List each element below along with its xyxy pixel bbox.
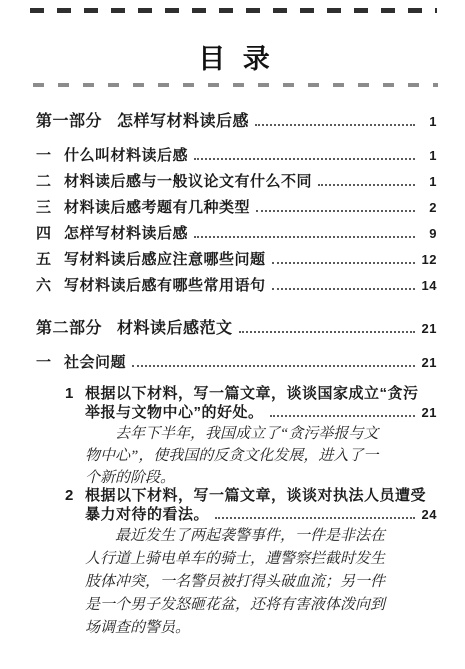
toc-entry-row: 五 写材料读后感应注意哪些问题 12 (36, 248, 437, 274)
page-number: 24 (419, 505, 437, 524)
section-label: 材料读后感范文 (117, 315, 233, 338)
entry-number: 一 (36, 144, 64, 165)
title-dashed-divider (33, 83, 438, 87)
toc-entry-row: 三 材料读后感考题有几种类型 2 (36, 196, 437, 222)
toc-entry-row: 四 怎样写材料读后感 9 (36, 222, 437, 248)
page-number: 21 (419, 321, 437, 336)
page-number: 1 (419, 148, 437, 163)
top-dashed-divider (30, 8, 437, 13)
entry-number: 六 (36, 274, 64, 295)
excerpt-line: 人行道上骑电单车的骑士，遭警察拦截时发生 (85, 548, 437, 571)
excerpt-line: 物中心”，使我国的反贪文化发展，进入了一 (85, 445, 437, 467)
section-label: 怎样写材料读后感 (117, 108, 249, 131)
dot-leader (194, 236, 415, 238)
toc-section-row: 第一部分 怎样写材料读后感 1 (36, 108, 437, 138)
toc-section-row: 第二部分 材料读后感范文 21 (36, 315, 437, 345)
dot-leader (272, 288, 415, 290)
dot-leader (194, 158, 415, 160)
excerpt-paragraph: 最近发生了两起袭警事件，一件是非法在 人行道上骑电单车的骑士，遭警察拦截时发生 … (85, 525, 437, 640)
toc-page: 目 录 第一部分 怎样写材料读后感 1 一 什么叫材料读后感 1 二 材料读后感… (0, 0, 465, 669)
dot-leader (255, 124, 415, 126)
subitem-title-text: 暴力对待的看法。 (85, 505, 209, 524)
excerpt-line: 去年下半年，我国成立了“贪污举报与文 (85, 423, 437, 445)
excerpt-line: 是一个男子发怒砸花盆，还将有害液体泼向到 (85, 594, 437, 617)
toc-subitem: 1 根据以下材料，写一篇文章，谈谈国家成立“贪污 举报与文物中心”的好处。 21… (65, 384, 437, 489)
entry-number: 五 (36, 248, 64, 269)
dot-leader (256, 210, 415, 212)
entry-label: 写材料读后感应注意哪些问题 (64, 248, 266, 269)
subitem-number: 1 (65, 384, 85, 403)
toc-entry-row: 六 写材料读后感有哪些常用语句 14 (36, 274, 437, 300)
entry-label: 写材料读后感有哪些常用语句 (64, 274, 266, 295)
subitem-title-line2: 暴力对待的看法。 24 (65, 505, 437, 524)
dot-leader (215, 517, 415, 519)
subitem-number: 2 (65, 486, 85, 505)
dot-leader (272, 262, 415, 264)
page-title: 目 录 (36, 44, 437, 74)
page-number: 2 (419, 200, 437, 215)
excerpt-line: 场调查的警员。 (85, 617, 437, 640)
subitem-title-text: 举报与文物中心”的好处。 (85, 403, 264, 422)
page-number: 21 (419, 403, 437, 422)
entry-label: 怎样写材料读后感 (64, 222, 188, 243)
subitem-title-text: 根据以下材料，写一篇文章，谈谈对执法人员遭受 (85, 486, 426, 505)
entry-number: 二 (36, 170, 64, 191)
toc-entry-row: 一 什么叫材料读后感 1 (36, 144, 437, 170)
toc-entry-row: 二 材料读后感与一般议论文有什么不同 1 (36, 170, 437, 196)
toc-list: 第一部分 怎样写材料读后感 1 一 什么叫材料读后感 1 二 材料读后感与一般议… (36, 108, 437, 640)
entry-number: 四 (36, 222, 64, 243)
toc-entry-row: 一 社会问题 21 (36, 351, 437, 377)
page-number: 12 (419, 252, 437, 267)
subitem-title-line2: 举报与文物中心”的好处。 21 (65, 403, 437, 422)
subitem-title-line1: 1 根据以下材料，写一篇文章，谈谈国家成立“贪污 (65, 384, 437, 403)
toc-subitem: 2 根据以下材料，写一篇文章，谈谈对执法人员遭受 暴力对待的看法。 24 最近发… (65, 486, 437, 640)
dot-leader (239, 331, 415, 333)
section-number: 第二部分 (36, 315, 102, 338)
page-number: 1 (419, 114, 437, 129)
entry-label: 材料读后感考题有几种类型 (64, 196, 250, 217)
entry-label: 什么叫材料读后感 (64, 144, 188, 165)
entry-label: 社会问题 (64, 351, 126, 372)
excerpt-line: 肢体冲突，一名警员被打得头破血流；另一件 (85, 571, 437, 594)
page-number: 21 (419, 355, 437, 370)
dot-leader (132, 365, 415, 367)
dot-leader (270, 415, 415, 417)
subitem-title-line1: 2 根据以下材料，写一篇文章，谈谈对执法人员遭受 (65, 486, 437, 505)
entry-label: 材料读后感与一般议论文有什么不同 (64, 170, 312, 191)
excerpt-paragraph: 去年下半年，我国成立了“贪污举报与文 物中心”，使我国的反贪文化发展，进入了一 … (85, 423, 437, 489)
dot-leader (318, 184, 415, 186)
entry-number: 一 (36, 351, 64, 372)
entry-number: 三 (36, 196, 64, 217)
excerpt-line: 最近发生了两起袭警事件，一件是非法在 (85, 525, 437, 548)
page-number: 14 (419, 278, 437, 293)
subitem-title-text: 根据以下材料，写一篇文章，谈谈国家成立“贪污 (85, 384, 419, 403)
page-number: 9 (419, 226, 437, 241)
page-number: 1 (419, 174, 437, 189)
section-number: 第一部分 (36, 108, 102, 131)
